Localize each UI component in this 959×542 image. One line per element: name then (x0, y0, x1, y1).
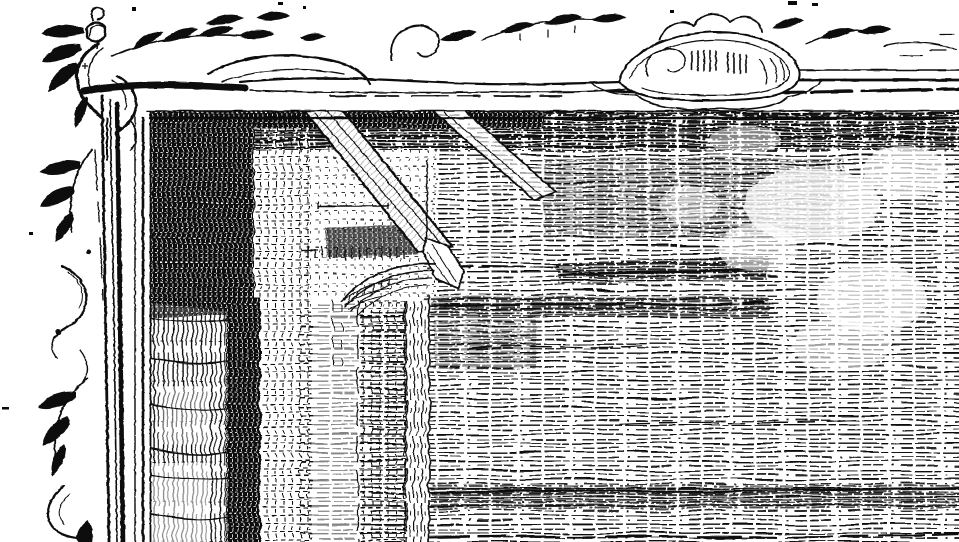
picture-interior (144, 106, 959, 542)
ladder-paneling (146, 288, 228, 542)
arch-opening (312, 300, 358, 542)
engraving-scene: Engraved illustration: ornate rococo pic… (0, 0, 959, 542)
pier (358, 294, 430, 542)
engraving-illustration: Engraved illustration: ornate rococo pic… (0, 0, 959, 542)
crosshatch-column (252, 108, 312, 542)
